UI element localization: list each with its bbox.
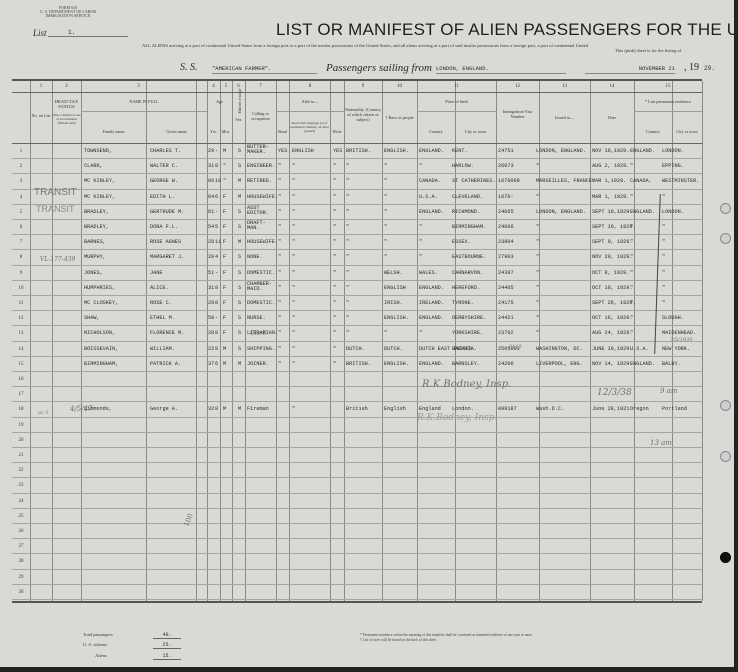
cell-read: ": [278, 270, 281, 276]
cell-calling: ASST EDITOR.: [247, 206, 277, 216]
aliens-count: Aliens 15.: [95, 653, 107, 658]
cell-birth-city: EASTBOURNE.: [452, 254, 486, 260]
cell-calling: RETIRED.: [247, 178, 272, 184]
header-head-tax: HEAD-TAX STATUS: [52, 99, 81, 109]
header-last-residence: * Last permanent residence: [634, 99, 702, 104]
header-nationality: Nationality. (Country of which citizen o…: [344, 107, 382, 122]
table-row: 26: [12, 523, 702, 538]
cell-visa: 23792: [498, 330, 514, 336]
row-number: 16: [12, 377, 30, 382]
aliens-label: Aliens: [95, 653, 107, 658]
cell-sex: F: [223, 330, 233, 336]
cell-lang: ": [292, 315, 295, 321]
cell-date: NOV 14, 1929.: [592, 361, 632, 367]
row-number: 13: [12, 331, 30, 336]
us-citizens: U. S. citizens 25.: [83, 642, 107, 647]
cell-family: MC CLOSKEY,: [84, 300, 118, 306]
row-number: 18: [12, 407, 30, 412]
table-row: 6BRADLEY,DORA F.L.545FSDRAFT-MAN.""""""B…: [12, 219, 702, 234]
header-given-name: Given name: [146, 129, 207, 134]
col-num-1: 1: [30, 84, 52, 89]
cell-res-country: ": [630, 254, 633, 260]
header-age: Age: [207, 99, 232, 104]
cell-nationality: ": [346, 163, 349, 169]
cell-visa: 23904: [498, 239, 514, 245]
row-number: 5: [12, 210, 30, 215]
cell-date: SEPT 19,1929.: [592, 209, 632, 215]
row-number: 1: [12, 149, 30, 154]
header-res-country: Country: [634, 129, 672, 134]
cell-given: ALICE.: [150, 285, 169, 291]
cell-given: EDITH L.: [150, 194, 175, 200]
cell-lang: ": [292, 346, 295, 352]
cell-date: NOV 20, 1929.: [592, 254, 632, 260]
cell-res-city: EPPING.: [662, 163, 684, 169]
footnote-residence: * Permanent residence within the meaning…: [360, 633, 533, 637]
cell-res-city: NEW YORK.: [662, 346, 690, 352]
cell-write: ": [333, 254, 336, 260]
sailing-port: LONDON, ENGLAND.: [436, 65, 566, 74]
cell-birth-country: ENGLAND.: [419, 285, 444, 291]
cell-given: ROSE C.: [150, 300, 172, 306]
row18-note: ac 1: [38, 410, 49, 416]
cell-lang: ": [292, 406, 295, 412]
us-citizens-label: U. S. citizens: [83, 642, 107, 647]
cell-given: FLORENCE M.: [150, 330, 184, 336]
cell-visa: 27903: [498, 254, 514, 260]
cell-birth-country: ": [419, 330, 422, 336]
table-row: 28: [12, 553, 702, 568]
table-row: 23: [12, 477, 702, 492]
cell-visa: 24397: [498, 270, 514, 276]
header-place-of-birth: Place of birth: [417, 99, 496, 104]
cell-calling: HOUSEWIFE.: [247, 194, 278, 200]
cell-nationality: ": [346, 178, 349, 184]
cell-birth-country: ": [419, 254, 422, 260]
cell-write: ": [333, 163, 336, 169]
row-number: 4: [12, 195, 30, 200]
cell-write: ": [333, 315, 336, 321]
cell-visa: 24405: [498, 285, 514, 291]
table-row: 19: [12, 417, 702, 432]
ss-label: S. S.: [180, 62, 198, 73]
cell-birth-city: DERBYSHIRE.: [452, 315, 486, 321]
cell-read: ": [278, 300, 281, 306]
cell-visa: 1070-: [498, 194, 514, 200]
table-row: 12SHAW,ETHEL M.58-FSNURSE.""""ENGLISH.EN…: [12, 310, 702, 325]
cell-read: ": [278, 239, 281, 245]
cell-nationality: BRITISH.: [346, 361, 371, 367]
year-suffix: 29.: [704, 65, 715, 73]
cell-issued: ": [536, 239, 539, 245]
cell-race: ENGLISH: [384, 285, 406, 291]
cell-sex: F: [223, 239, 233, 245]
col-num-10: 10: [382, 84, 417, 89]
clerk-note: Clerk: [250, 330, 267, 337]
total-passengers-value: 40.: [153, 632, 181, 639]
row-number: 9: [12, 271, 30, 276]
cell-family: NICHOLSON,: [84, 330, 115, 336]
header-name-in-full: NAME IN FULL: [81, 99, 207, 104]
cell-sex: F: [223, 209, 233, 215]
cell-res-country: ": [630, 194, 633, 200]
table-row: 11MC CLOSKEY,ROSE C.298FSDOMESTIC.""""IR…: [12, 295, 702, 310]
sailing-label: Passengers sailing from: [326, 62, 432, 74]
cell-read: ": [278, 254, 281, 260]
cell-sex: M: [223, 361, 233, 367]
col-num-3: 3: [81, 84, 196, 89]
cell-write: ": [333, 270, 336, 276]
cell-race: English: [384, 406, 406, 412]
cell-issued: MARSEILLES, FRANCE.: [536, 178, 595, 184]
cell-family: MURPHY,: [84, 254, 106, 260]
cell-race: ENGLISH.: [384, 315, 409, 321]
cell-write: ": [333, 209, 336, 215]
cell-res-city: LONDON.: [662, 209, 684, 215]
table-row: 22: [12, 462, 702, 477]
col-num-13: 13: [539, 84, 590, 89]
cell-nationality: ": [346, 194, 349, 200]
cell-calling: NURSE.: [247, 315, 266, 321]
cell-nationality: ": [346, 239, 349, 245]
cell-issued: ": [536, 224, 539, 230]
cell-res-city: ": [662, 285, 665, 291]
cell-given: WILLIAM.: [150, 346, 175, 352]
cell-family: BOISSEVAIN,: [84, 346, 118, 352]
year-prefix: , 19: [684, 62, 699, 73]
row-number: 15: [12, 362, 30, 367]
manifest-table: 1 2 3 4 5 6 7 8 9 10 11 12 13 14 15 No. …: [12, 79, 702, 603]
table-row: 7BARNES,ROSE AGNES2811FMHOUSEWIFE.""""""…: [12, 234, 702, 249]
cell-res-country: ": [630, 315, 633, 321]
cell-res-city: ": [662, 224, 665, 230]
cell-birth-city: BATAVIA.: [452, 346, 477, 352]
cell-lang: ": [292, 361, 295, 367]
cell-read: ": [278, 285, 281, 291]
total-passengers: Total passengers 40.: [83, 632, 113, 637]
header-write: Write: [330, 129, 344, 134]
cell-given: PATRICK A.: [150, 361, 181, 367]
cell-calling: SHIPPING.: [247, 346, 275, 352]
cell-res-country: ENGLAND.: [630, 148, 655, 154]
col-num-4: 4: [207, 84, 220, 89]
cell-res-city: LONDON.: [662, 148, 684, 154]
cell-calling: DOMESTIC.: [247, 300, 275, 306]
cell-date: NOV 16,1929.: [592, 148, 629, 154]
header-date: Date: [590, 115, 634, 120]
table-row: 2CLARK,WALTER C.318"SENGINEER.""""""HARL…: [12, 158, 702, 173]
col-num-7: 7: [245, 84, 276, 89]
cell-calling: HOUSEWIFE.: [247, 239, 278, 245]
cell-visa: 24751: [498, 148, 514, 154]
form-identifier: FORM 630 U. S. DEPARTMENT OF LABOR IMMIG…: [33, 6, 103, 18]
cell-res-country: ": [630, 239, 633, 245]
punch-hole: [720, 552, 731, 563]
cell-family: MC KINLEY,: [84, 178, 115, 184]
cell-read: ": [278, 224, 281, 230]
cell-res-city: ": [662, 194, 665, 200]
cell-date: JUNE 19,1929.: [592, 346, 632, 352]
row-number: 21: [12, 453, 30, 458]
cell-read: ": [278, 209, 281, 215]
cell-issued: ": [536, 285, 539, 291]
cell-res-city: ": [662, 270, 665, 276]
cell-date: AUG 2, 1929.: [592, 163, 629, 169]
cell-family: BRADLEY,: [84, 224, 109, 230]
cell-res-country: ENGLAND.: [630, 209, 655, 215]
cell-given: GEORGE W.: [150, 178, 178, 184]
cell-birth-country: ENGLAND.: [419, 148, 444, 154]
cell-res-city: BALBY.: [662, 361, 681, 367]
cell-birth-country: England: [419, 406, 441, 412]
cell-issued: ": [536, 300, 539, 306]
cell-visa: 24206: [498, 361, 514, 367]
residence-note: 7/5/1939: [670, 337, 692, 343]
cell-date: OCT 10, 1929.: [592, 285, 632, 291]
cell-sex: F: [223, 300, 233, 306]
cell-issued: ": [536, 330, 539, 336]
cell-lang: ": [292, 300, 295, 306]
punch-hole: [720, 451, 731, 462]
cell-given: DORA F.L.: [150, 224, 178, 230]
cell-race: ": [384, 209, 387, 215]
cell-date: MAR 1,1929.: [592, 178, 626, 184]
cell-lang: ": [292, 194, 295, 200]
row-number: 19: [12, 423, 30, 428]
cell-lang: ": [292, 239, 295, 245]
cell-write: ": [333, 194, 336, 200]
cell-race: ": [384, 224, 387, 230]
cell-read: ": [278, 194, 281, 200]
header-age-mos: Mos.: [220, 129, 232, 134]
cell-read: YES: [278, 148, 287, 154]
row-number: 3: [12, 179, 30, 184]
header-res-city: City or town: [672, 129, 702, 134]
row18-date-note: 4/5/47: [70, 405, 93, 413]
cell-race: ": [384, 239, 387, 245]
cell-issued: ": [536, 163, 539, 169]
cell-race: ": [384, 163, 387, 169]
cell-race: ": [384, 194, 387, 200]
cell-write: ": [333, 346, 336, 352]
cell-family: HUMPHRIES,: [84, 285, 115, 291]
row-number: 29: [12, 575, 30, 580]
cell-given: MARGARET J.: [150, 254, 184, 260]
cell-calling: Fireman: [247, 406, 269, 412]
cell-visa: 24421: [498, 315, 514, 321]
cell-family: BRADLEY,: [84, 209, 109, 215]
col-num-14: 14: [590, 84, 634, 89]
scan-edge: [734, 0, 738, 672]
row-number: 14: [12, 347, 30, 352]
cell-write: ": [333, 285, 336, 291]
cell-given: WALTER C.: [150, 163, 178, 169]
cell-nationality: DUTCH.: [346, 346, 365, 352]
cell-read: ": [278, 330, 281, 336]
cell-nationality: British: [346, 406, 368, 412]
table-row: 27: [12, 538, 702, 553]
cell-birth-city: BIRMINGHAM.: [452, 224, 486, 230]
cell-res-country: ": [630, 163, 633, 169]
row-number: 27: [12, 544, 30, 549]
transit-mark-2: TRANSIT: [36, 204, 75, 214]
col-num-9: 9: [344, 84, 382, 89]
row-number: 26: [12, 529, 30, 534]
cell-lang: ENGLISH: [292, 148, 314, 154]
handwritten-time: 9 am: [660, 387, 678, 395]
cell-given: George A.: [150, 406, 178, 412]
cell-sex: M: [223, 346, 233, 352]
cell-res-country: ": [630, 285, 633, 291]
row-number: 6: [12, 225, 30, 230]
table-row: 10HUMPHRIES,ALICE.318FSCHAMBER-MAID.""""…: [12, 280, 702, 295]
page-title: LIST OR MANIFEST OF ALIEN PASSENGERS FOR…: [276, 20, 738, 40]
year-prefix-text: 19: [689, 62, 699, 73]
cell-read: ": [278, 178, 281, 184]
sailing-date: NOVEMBER 21: [585, 65, 675, 74]
cell-calling: CHAMBER-MAID.: [247, 282, 277, 292]
table-row: 1TOWNSEND,CHARLES T.29-MSBUTTER-MAKER.YE…: [12, 143, 702, 158]
cell-date: AUG 24, 1929.: [592, 330, 632, 336]
table-row: 9JONES,JANE51-FSDOMESTIC.""""WELSH.WALES…: [12, 265, 702, 280]
cell-visa: 24065: [498, 209, 514, 215]
cell-calling: JOINER.: [247, 361, 269, 367]
table-row: 29: [12, 569, 702, 584]
table-row: 16: [12, 371, 702, 386]
cell-birth-city: BARNSLEY.: [452, 361, 480, 367]
row8-note: VL-177-439: [40, 256, 75, 263]
row-number: 28: [12, 559, 30, 564]
col-num-2: 2: [52, 84, 81, 89]
cell-nationality: ": [346, 285, 349, 291]
row-number: 7: [12, 240, 30, 245]
cell-issued: LONDON, ENGLAND.: [536, 209, 586, 215]
cell-calling: BUTTER-MAKER.: [247, 145, 277, 155]
cell-birth-country: ": [419, 224, 422, 230]
header-read: Read: [276, 129, 289, 134]
cell-birth-country: U.S.A.: [419, 194, 438, 200]
cell-write: ": [333, 300, 336, 306]
list-label: List: [33, 28, 47, 38]
cell-sex: F: [223, 254, 233, 260]
cell-birth-city: KENT.: [452, 148, 468, 154]
handwritten-time-2: 13 am: [650, 439, 672, 447]
col-num-11: 11: [417, 84, 496, 89]
cell-issued: ": [536, 254, 539, 260]
col-num-12: 12: [496, 84, 539, 89]
cell-race: IRISH.: [384, 300, 403, 306]
cell-date: SEPT 9, 1929.: [592, 239, 632, 245]
row-number: 20: [12, 438, 30, 443]
header-family-name: Family name: [81, 129, 146, 134]
cell-birth-city: HEREFORD.: [452, 285, 480, 291]
cell-res-city: ": [662, 300, 665, 306]
cell-birth-city: London.: [452, 406, 474, 412]
cell-visa: 26073: [498, 163, 514, 169]
cell-calling: NONE.: [247, 254, 263, 260]
cell-lang: ": [292, 224, 295, 230]
cell-family: BIRMINGHAM,: [84, 361, 118, 367]
cell-race: ENGLISH.: [384, 148, 409, 154]
row-number: 23: [12, 483, 30, 488]
header-birth-city: City or town: [455, 129, 496, 134]
cell-issued: LONDON, ENGLAND.: [536, 148, 586, 154]
cell-res-country: ": [630, 224, 633, 230]
cell-date: June 28,1921: [592, 406, 629, 412]
list-number: 1.: [48, 29, 128, 37]
cell-issued: ": [536, 270, 539, 276]
cell-lang: ": [292, 163, 295, 169]
cell-visa: 099187: [498, 406, 517, 412]
cell-birth-country: IRELAND.: [419, 300, 444, 306]
table-row: 8MURPHY,MARGARET J.204FSNONE.""""""EASTB…: [12, 249, 702, 264]
inspector-signature-2: R.K.Bodney, Insp.: [417, 413, 497, 423]
cell-birth-country: ENGLAND.: [419, 361, 444, 367]
transit-mark-1: TRANSIT: [34, 187, 77, 198]
cell-date: OCT 16, 1929.: [592, 315, 632, 321]
punch-hole: [720, 233, 731, 244]
col-num-5: 5: [220, 84, 232, 89]
row-number: 10: [12, 286, 30, 291]
cell-calling: DOMESTIC.: [247, 270, 275, 276]
cell-res-country: ": [630, 300, 633, 306]
inspector-signature-1: R.K.Bodney, Insp.: [422, 379, 511, 390]
table-row: 4MC KINLEY,EDITH L.646FMHOUSEWIFE."""""U…: [12, 189, 702, 204]
cell-birth-country: ENGLAND.: [419, 315, 444, 321]
cell-race: DUTCH.: [384, 346, 403, 352]
cell-family: JONES,: [84, 270, 103, 276]
cell-nationality: ": [346, 209, 349, 215]
cell-res-city: ": [662, 254, 665, 260]
cell-res-country: ENGLAND.: [630, 361, 655, 367]
cell-given: CHARLES T.: [150, 148, 181, 154]
table-row: 15BIRMINGHAM,PATRICK A.376MMJOINER."""BR…: [12, 356, 702, 371]
cell-res-country: Oregon: [630, 406, 649, 412]
cell-visa: 24175: [498, 300, 514, 306]
table-row: 18Simmonds,George A.328MMFireman"British…: [12, 401, 702, 416]
table-row: 13NICHOLSON,FLORENCE M.208FSLIBRARIAN.""…: [12, 325, 702, 340]
cell-write: ": [333, 361, 336, 367]
handwritten-date: 12/3/38: [597, 388, 632, 398]
cell-nationality: ": [346, 330, 349, 336]
header-birth-country: Country: [417, 129, 455, 134]
visa-note: 2115: [509, 344, 522, 350]
cell-visa: 1070069: [498, 178, 520, 184]
cell-birth-city: HARLOW.: [452, 163, 474, 169]
cell-sex: ": [223, 178, 233, 184]
cell-given: ROSE AGNES: [150, 239, 181, 245]
footnote-races: † List of races will be found on the bac…: [360, 638, 437, 642]
cell-family: SHAW,: [84, 315, 100, 321]
subtitle: ALL ALIENS arriving at a port of contine…: [142, 43, 588, 48]
row-number: 25: [12, 514, 30, 519]
cell-write: ": [333, 224, 336, 230]
cell-nationality: ": [346, 270, 349, 276]
cell-given: JANE: [150, 270, 162, 276]
cell-sex: M: [223, 148, 233, 154]
subtitle-note: This (pink) sheet is for the listing of: [615, 48, 681, 53]
cell-birth-city: TYRONE.: [452, 300, 474, 306]
cell-read: ": [278, 315, 281, 321]
cell-birth-city: ST CATHERINES.: [452, 178, 496, 184]
cell-write: ": [333, 239, 336, 245]
cell-sex: M: [223, 406, 233, 412]
cell-birth-city: CARNARVON.: [452, 270, 483, 276]
table-row: 3MC KINLEY,GEORGE W.6610"MRETIRED."""""C…: [12, 173, 702, 188]
cell-nationality: ": [346, 300, 349, 306]
cell-read: ": [278, 163, 281, 169]
header-married-single: Married or single: [238, 81, 243, 121]
